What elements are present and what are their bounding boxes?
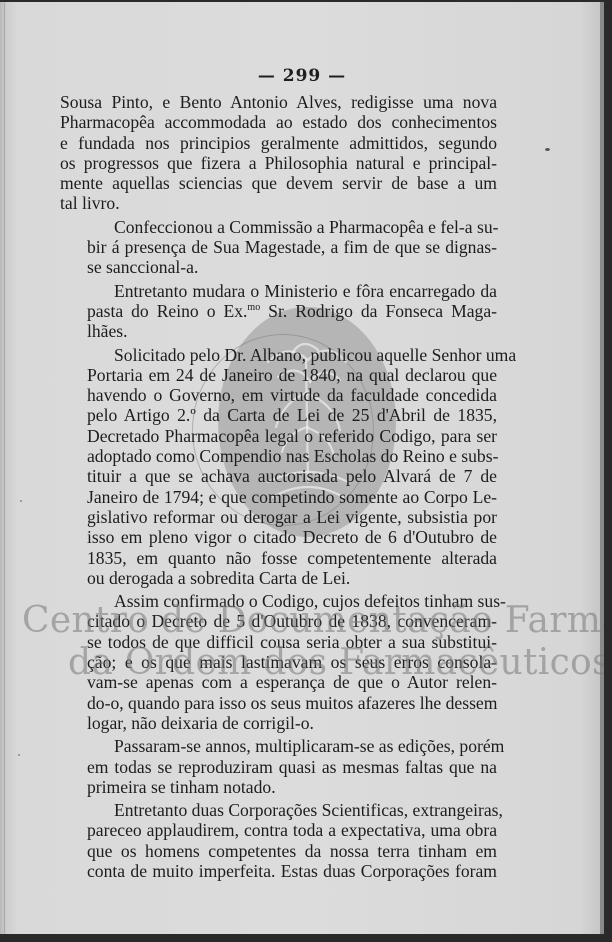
text-line: Solicitado pelo Dr. Albano, publicou aqu… [60, 345, 497, 365]
text-line: tal livro. [60, 193, 497, 213]
text-line: gislativo reformar ou derogar a Lei vige… [60, 507, 497, 527]
paragraph-2: Confeccionou a Commissão a Pharmacopêa e… [60, 217, 497, 278]
text-line: ou derogada a sobredita Carta de Lei. [60, 568, 497, 588]
page-number: — 299 — [0, 66, 604, 86]
text-line: Decretado Pharmacopêa legal o referido C… [60, 426, 497, 446]
paragraph-7: Entretanto duas Corporações Scientificas… [60, 800, 497, 881]
text-line: Assim confirmado o Codigo, cujos defeito… [60, 591, 497, 611]
paragraph-5: Assim confirmado o Codigo, cujos defeito… [60, 591, 497, 733]
text-line: ção; e os que mais lastimavam os seus er… [60, 652, 497, 672]
text-line: lhães. [60, 321, 497, 341]
text-fragment: pasta do Reino o Ex. [87, 301, 247, 321]
text-line: pareceo applaudirem, contra toda a expec… [60, 820, 497, 840]
text-line: vam-se apenas com a esperança de que o A… [60, 672, 497, 692]
text-line: do-o, quando para isso os seus muitos af… [60, 693, 497, 713]
text-line: tituir a que se achava auctorisada pelo … [60, 466, 497, 486]
text-line: e fundada nos principios geralmente admi… [60, 133, 497, 153]
text-line: Entretanto mudara o Ministerio e fôra en… [60, 281, 497, 301]
text-line: Portaria em 24 de Janeiro de 1840, na qu… [60, 365, 497, 385]
text-line: Entretanto duas Corporações Scientificas… [60, 800, 497, 820]
text-line: Confeccionou a Commissão a Pharmacopêa e… [60, 217, 497, 237]
text-line: Sousa Pinto, e Bento Antonio Alves, redi… [60, 92, 497, 112]
superscript: mo [247, 302, 260, 313]
text-line: em todas se reproduziram quasi as mesmas… [60, 757, 497, 777]
paper-speck [545, 148, 550, 151]
text-line: citado o Decreto de 5 d'Outubro de 1838,… [60, 611, 497, 631]
text-line: se todos de que difficil cousa seria obt… [60, 632, 497, 652]
text-line: havendo o Governo, em virtude da faculda… [60, 385, 497, 405]
paper-speck [18, 754, 20, 756]
text-line: logar, não deixaria de corrigil-o. [60, 713, 497, 733]
page-gutter-shadow [4, 2, 5, 934]
page-edge [600, 2, 604, 934]
text-line: conta de muito imperfeita. Estas duas Co… [60, 861, 497, 881]
text-line: mente aquellas sciencias que devem servi… [60, 173, 497, 193]
text-line: Janeiro de 1794; e que competindo soment… [60, 487, 497, 507]
scanned-page: — 299 — Sousa Pinto, e Bento Antonio Alv… [0, 2, 604, 934]
text-line: isso em pleno vigor o citado Decreto de … [60, 527, 497, 547]
text-line: primeira se tinham notado. [60, 777, 497, 797]
text-line: bir á presença de Sua Magestade, a fim d… [60, 237, 497, 257]
paragraph-4: Solicitado pelo Dr. Albano, publicou aqu… [60, 345, 497, 589]
text-line: pelo Artigo 2.º da Carta de Lei de 25 d'… [60, 405, 497, 425]
body-text: Sousa Pinto, e Bento Antonio Alves, redi… [60, 92, 497, 884]
text-line: se sanccional-a. [60, 257, 497, 277]
paragraph-6: Passaram-se annos, multiplicaram-se as e… [60, 736, 497, 797]
text-line: pasta do Reino o Ex.mo Sr. Rodrigo da Fo… [60, 301, 497, 321]
text-line: adoptado como Compendio nas Escholas do … [60, 446, 497, 466]
text-line: Passaram-se annos, multiplicaram-se as e… [60, 736, 497, 756]
paper-speck [20, 500, 22, 502]
scan-border [0, 934, 612, 942]
paragraph-1: Sousa Pinto, e Bento Antonio Alves, redi… [60, 92, 497, 214]
text-line: os progressos que fizera a Philosophia n… [60, 153, 497, 173]
text-fragment: Sr. Rodrigo da Fonseca Maga- [260, 301, 497, 321]
text-line: que os homens competentes da nossa terra… [60, 841, 497, 861]
paragraph-3: Entretanto mudara o Ministerio e fôra en… [60, 281, 497, 342]
text-line: Pharmacopêa accommodada ao estado dos co… [60, 112, 497, 132]
text-line: 1835, em quanto não fosse competentement… [60, 548, 497, 568]
